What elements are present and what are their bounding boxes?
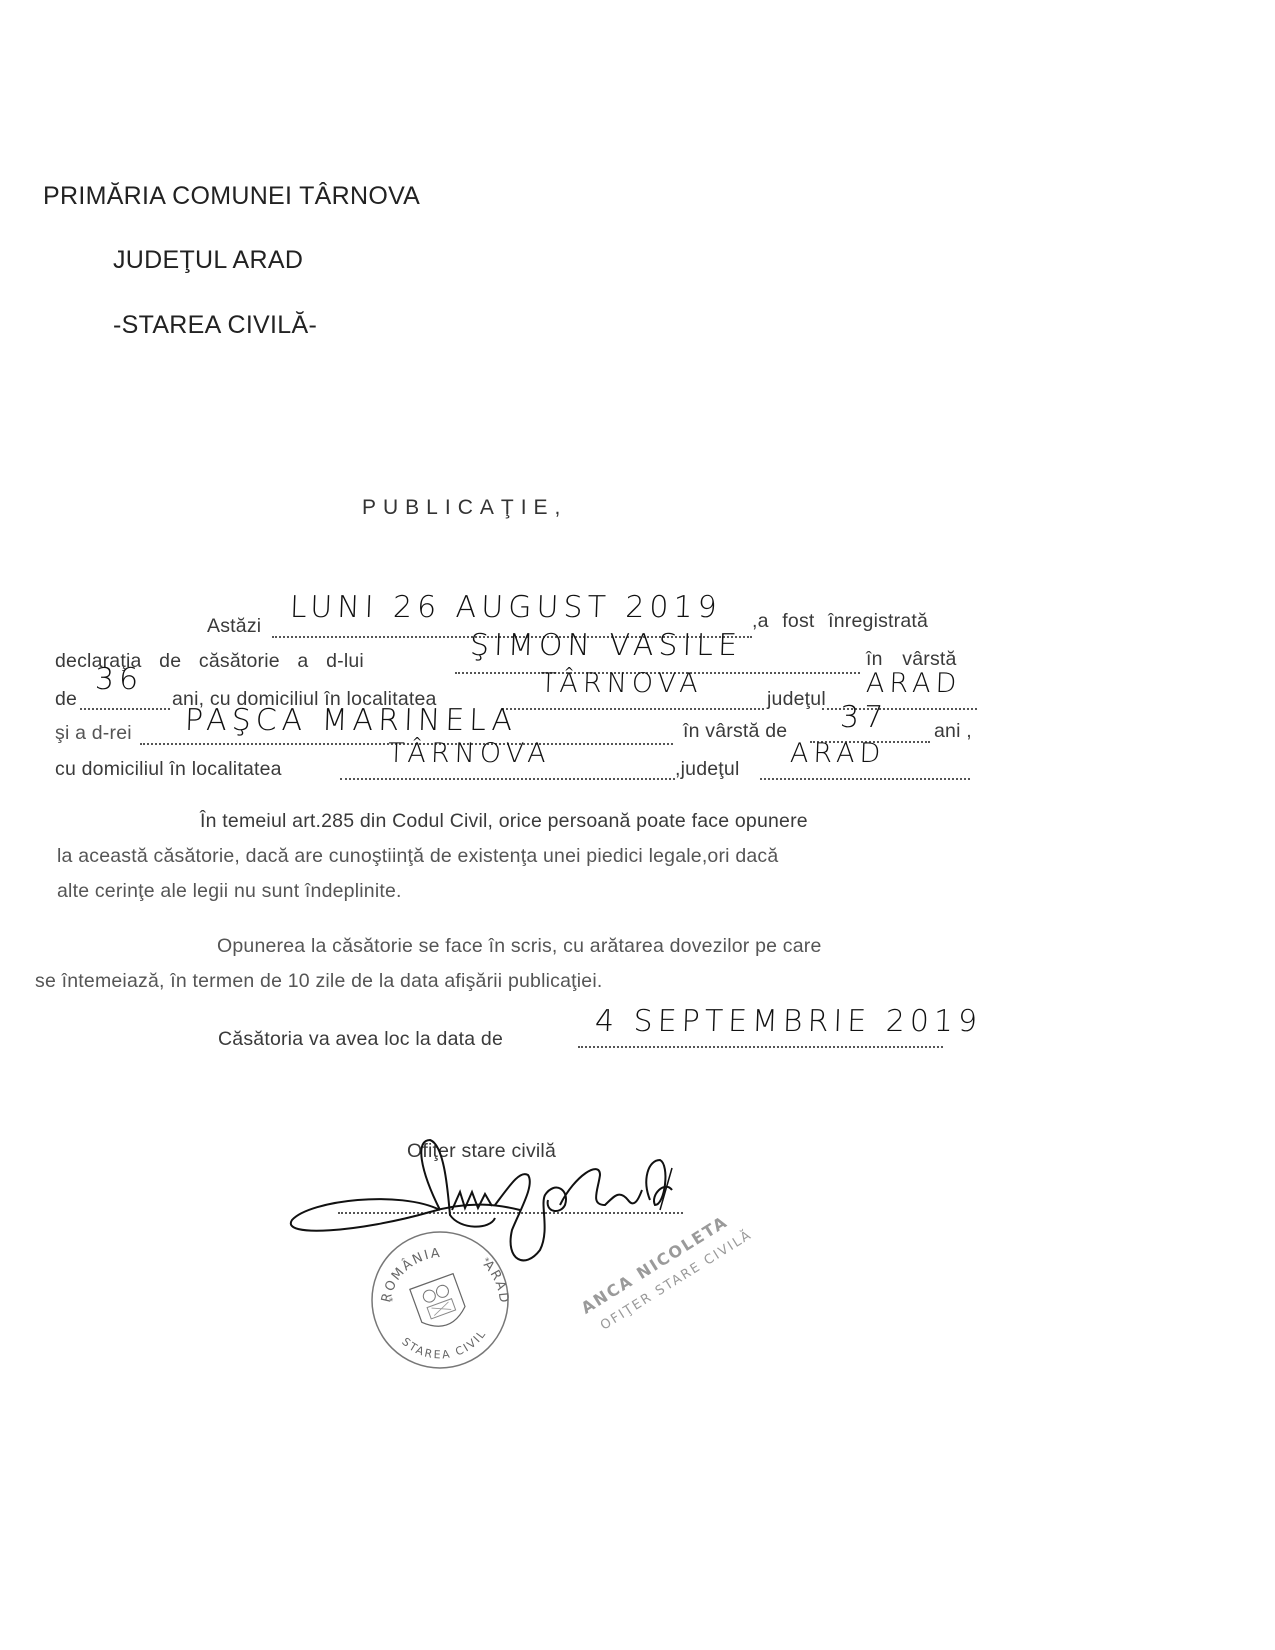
coat-of-arms-icon	[410, 1274, 469, 1333]
official-seal: ROMÂNIA ARAD STAREA CIVILĂ * *	[365, 1225, 515, 1375]
svg-text:*: *	[389, 1296, 394, 1308]
officer-name-stamp: ANCA NICOLETA OFIŢER STARE CIVILĂ	[555, 1195, 755, 1325]
svg-text:*: *	[485, 1256, 490, 1268]
seal-bottom-text: STAREA CIVILĂ	[360, 1215, 489, 1362]
signature-scribble	[0, 0, 1275, 1650]
